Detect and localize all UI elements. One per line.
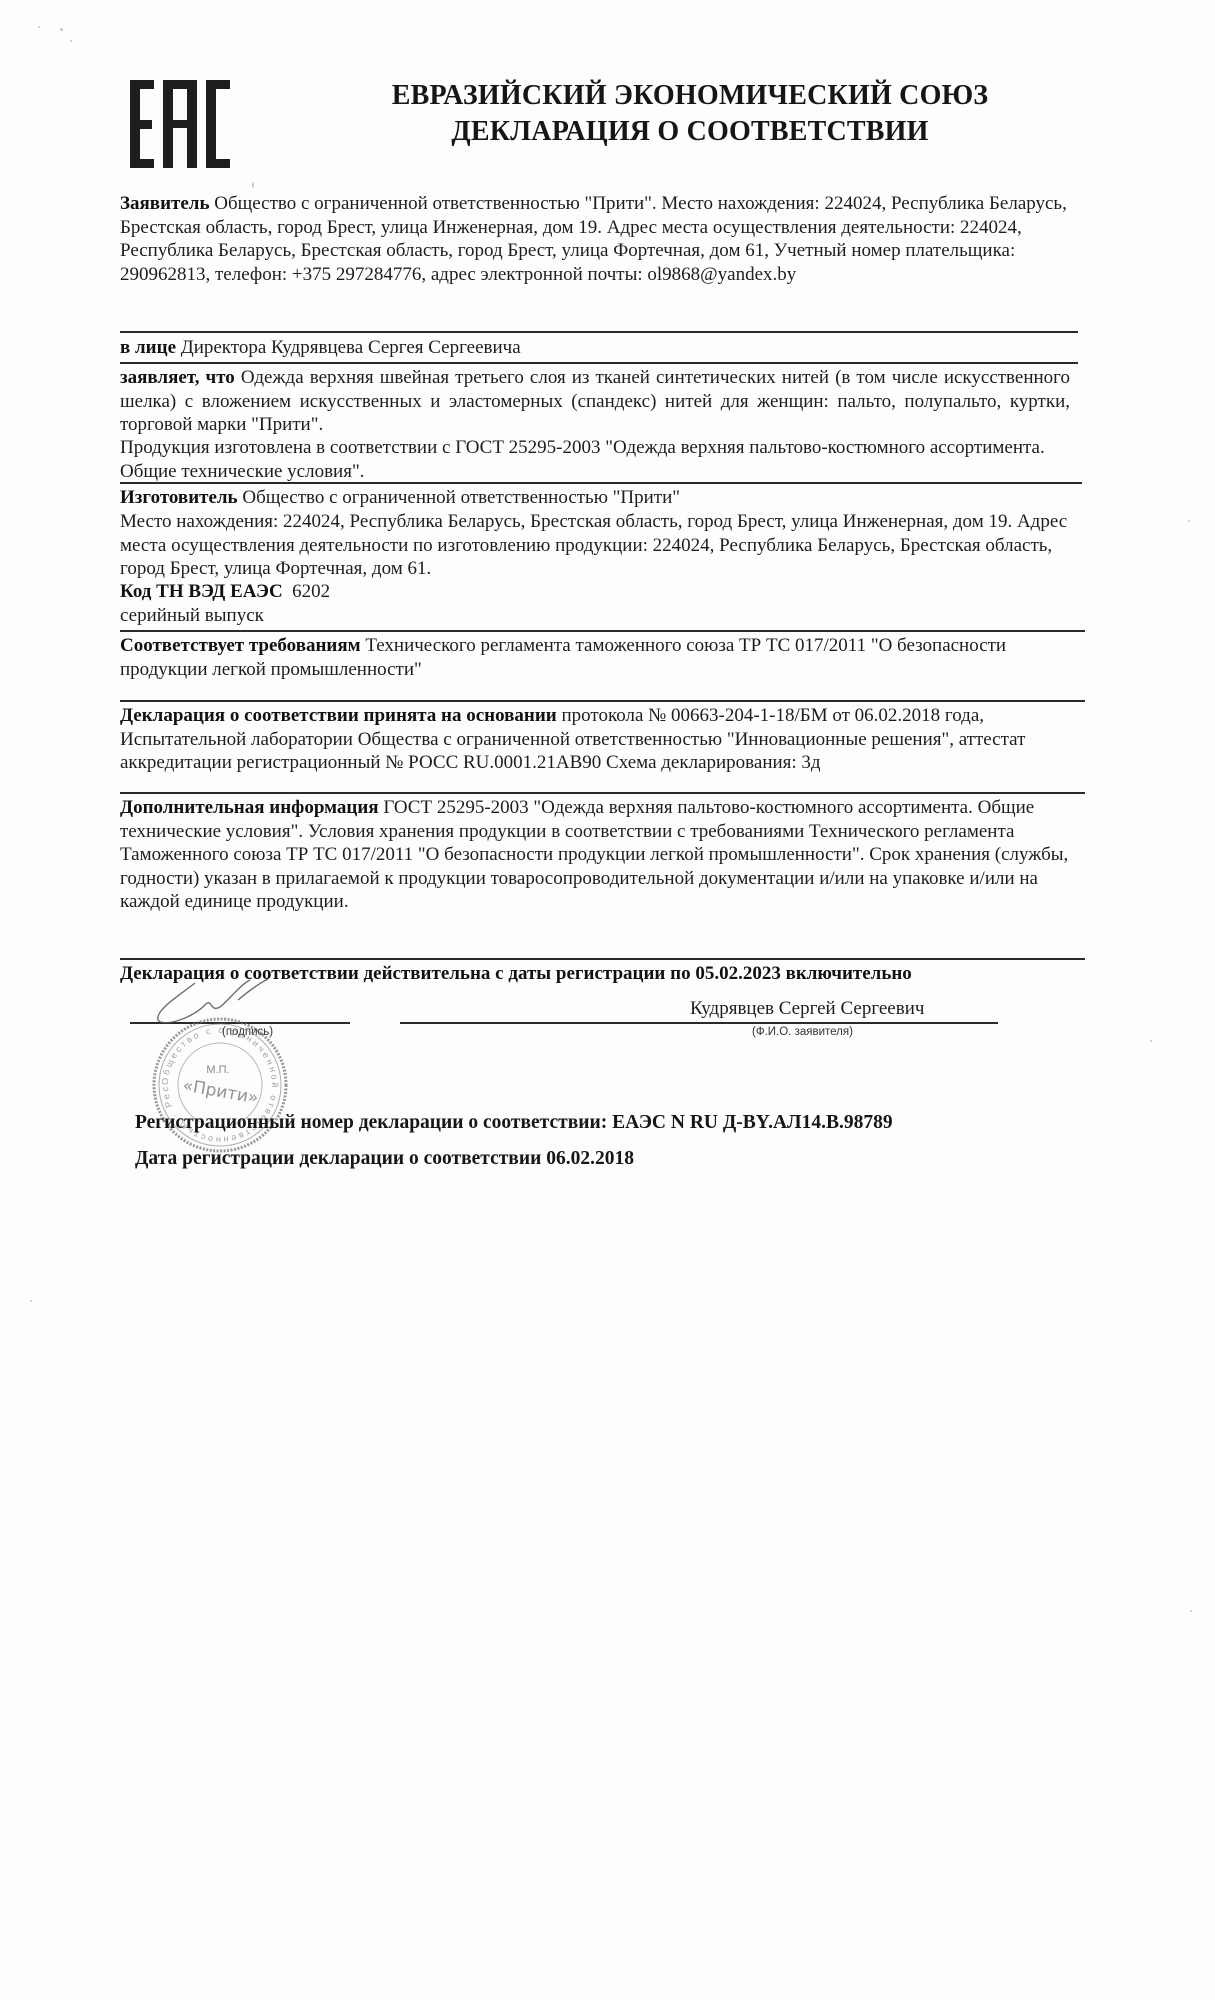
additional-info-section: Дополнительная информация ГОСТ 25295-200… bbox=[120, 796, 1070, 914]
document-title: ЕВРАЗИЙСКИЙ ЭКОНОМИЧЕСКИЙ СОЮЗ ДЕКЛАРАЦИ… bbox=[350, 78, 1030, 150]
scan-speck bbox=[70, 40, 72, 42]
scan-speck bbox=[252, 182, 254, 188]
represented-by-text: Директора Кудрявцева Сергея Сергеевича bbox=[176, 337, 521, 358]
company-stamp-icon: Общество с ограниченной ответственностью… bbox=[150, 1015, 290, 1155]
separator-line bbox=[120, 700, 1085, 702]
svg-text:М.П.: М.П. bbox=[206, 1064, 229, 1076]
complies-section: Соответствует требованиям Технического р… bbox=[120, 634, 1070, 681]
title-declaration: ДЕКЛАРАЦИЯ О СООТВЕТСТВИИ bbox=[350, 114, 1030, 150]
applicant-text: Общество с ограниченной ответственностью… bbox=[120, 193, 1067, 285]
standard-statement: Продукция изготовлена в соответствии с Г… bbox=[120, 436, 1070, 483]
registration-number-line: Регистрационный номер декларации о соотв… bbox=[135, 1112, 893, 1134]
basis-label: Декларация о соответствии принята на осн… bbox=[120, 705, 557, 726]
hs-code-label: Код ТН ВЭД ЕАЭС bbox=[120, 581, 283, 602]
name-line bbox=[400, 1022, 998, 1024]
registration-number-label: Регистрационный номер декларации о соотв… bbox=[135, 1112, 607, 1133]
declares-text: Одежда верхняя швейная третьего слоя из … bbox=[120, 367, 1070, 435]
scan-speck bbox=[1190, 1610, 1192, 1612]
registration-date-label: Дата регистрации декларации о соответств… bbox=[135, 1148, 541, 1169]
scan-speck bbox=[38, 26, 40, 28]
represented-by-label: в лице bbox=[120, 337, 176, 358]
registration-date-value: 06.02.2018 bbox=[541, 1148, 634, 1169]
represented-by-section: в лице Директора Кудрявцева Сергея Серге… bbox=[120, 336, 1070, 360]
hs-code-value: 6202 bbox=[292, 581, 330, 602]
manufacturer-address: Место нахождения: 224024, Республика Бел… bbox=[120, 510, 1070, 581]
separator-line bbox=[120, 362, 1078, 364]
svg-text:«Прити»: «Прити» bbox=[181, 1076, 260, 1109]
signature-scribble-icon bbox=[150, 975, 270, 1035]
declares-label: заявляет, что bbox=[120, 367, 235, 388]
separator-line bbox=[120, 958, 1085, 960]
title-union: ЕВРАЗИЙСКИЙ ЭКОНОМИЧЕСКИЙ СОЮЗ bbox=[350, 78, 1030, 114]
separator-line bbox=[120, 482, 1082, 484]
complies-label: Соответствует требованиям bbox=[120, 635, 361, 656]
applicant-section: Заявитель Общество с ограниченной ответс… bbox=[120, 192, 1070, 286]
eac-mark-icon bbox=[130, 80, 230, 170]
scan-speck bbox=[30, 1300, 32, 1302]
separator-line bbox=[120, 630, 1085, 632]
basis-section: Декларация о соответствии принята на осн… bbox=[120, 704, 1070, 775]
separator-line bbox=[120, 792, 1085, 794]
declares-section: заявляет, что Одежда верхняя швейная тре… bbox=[120, 366, 1070, 437]
manufacturer-text: Общество с ограниченной ответственностью… bbox=[238, 487, 680, 508]
signer-name: Кудрявцев Сергей Сергеевич bbox=[690, 997, 1020, 1021]
applicant-label: Заявитель bbox=[120, 193, 210, 214]
hs-code-section: Код ТН ВЭД ЕАЭС 6202 bbox=[120, 580, 1070, 604]
name-caption: (Ф.И.О. заявителя) bbox=[752, 1026, 853, 1038]
scan-speck bbox=[1188, 520, 1190, 522]
additional-info-label: Дополнительная информация bbox=[120, 797, 379, 818]
manufacturer-label: Изготовитель bbox=[120, 487, 238, 508]
separator-line bbox=[120, 331, 1078, 333]
scan-speck bbox=[60, 28, 63, 31]
declaration-page: ЕВРАЗИЙСКИЙ ЭКОНОМИЧЕСКИЙ СОЮЗ ДЕКЛАРАЦИ… bbox=[0, 0, 1215, 2000]
production-type: серийный выпуск bbox=[120, 604, 1070, 628]
registration-number-value: ЕАЭС N RU Д-BY.АЛ14.В.98789 bbox=[607, 1112, 892, 1133]
manufacturer-section: Изготовитель Общество с ограниченной отв… bbox=[120, 486, 1070, 510]
registration-date-line: Дата регистрации декларации о соответств… bbox=[135, 1148, 634, 1170]
scan-speck bbox=[1150, 1040, 1152, 1042]
